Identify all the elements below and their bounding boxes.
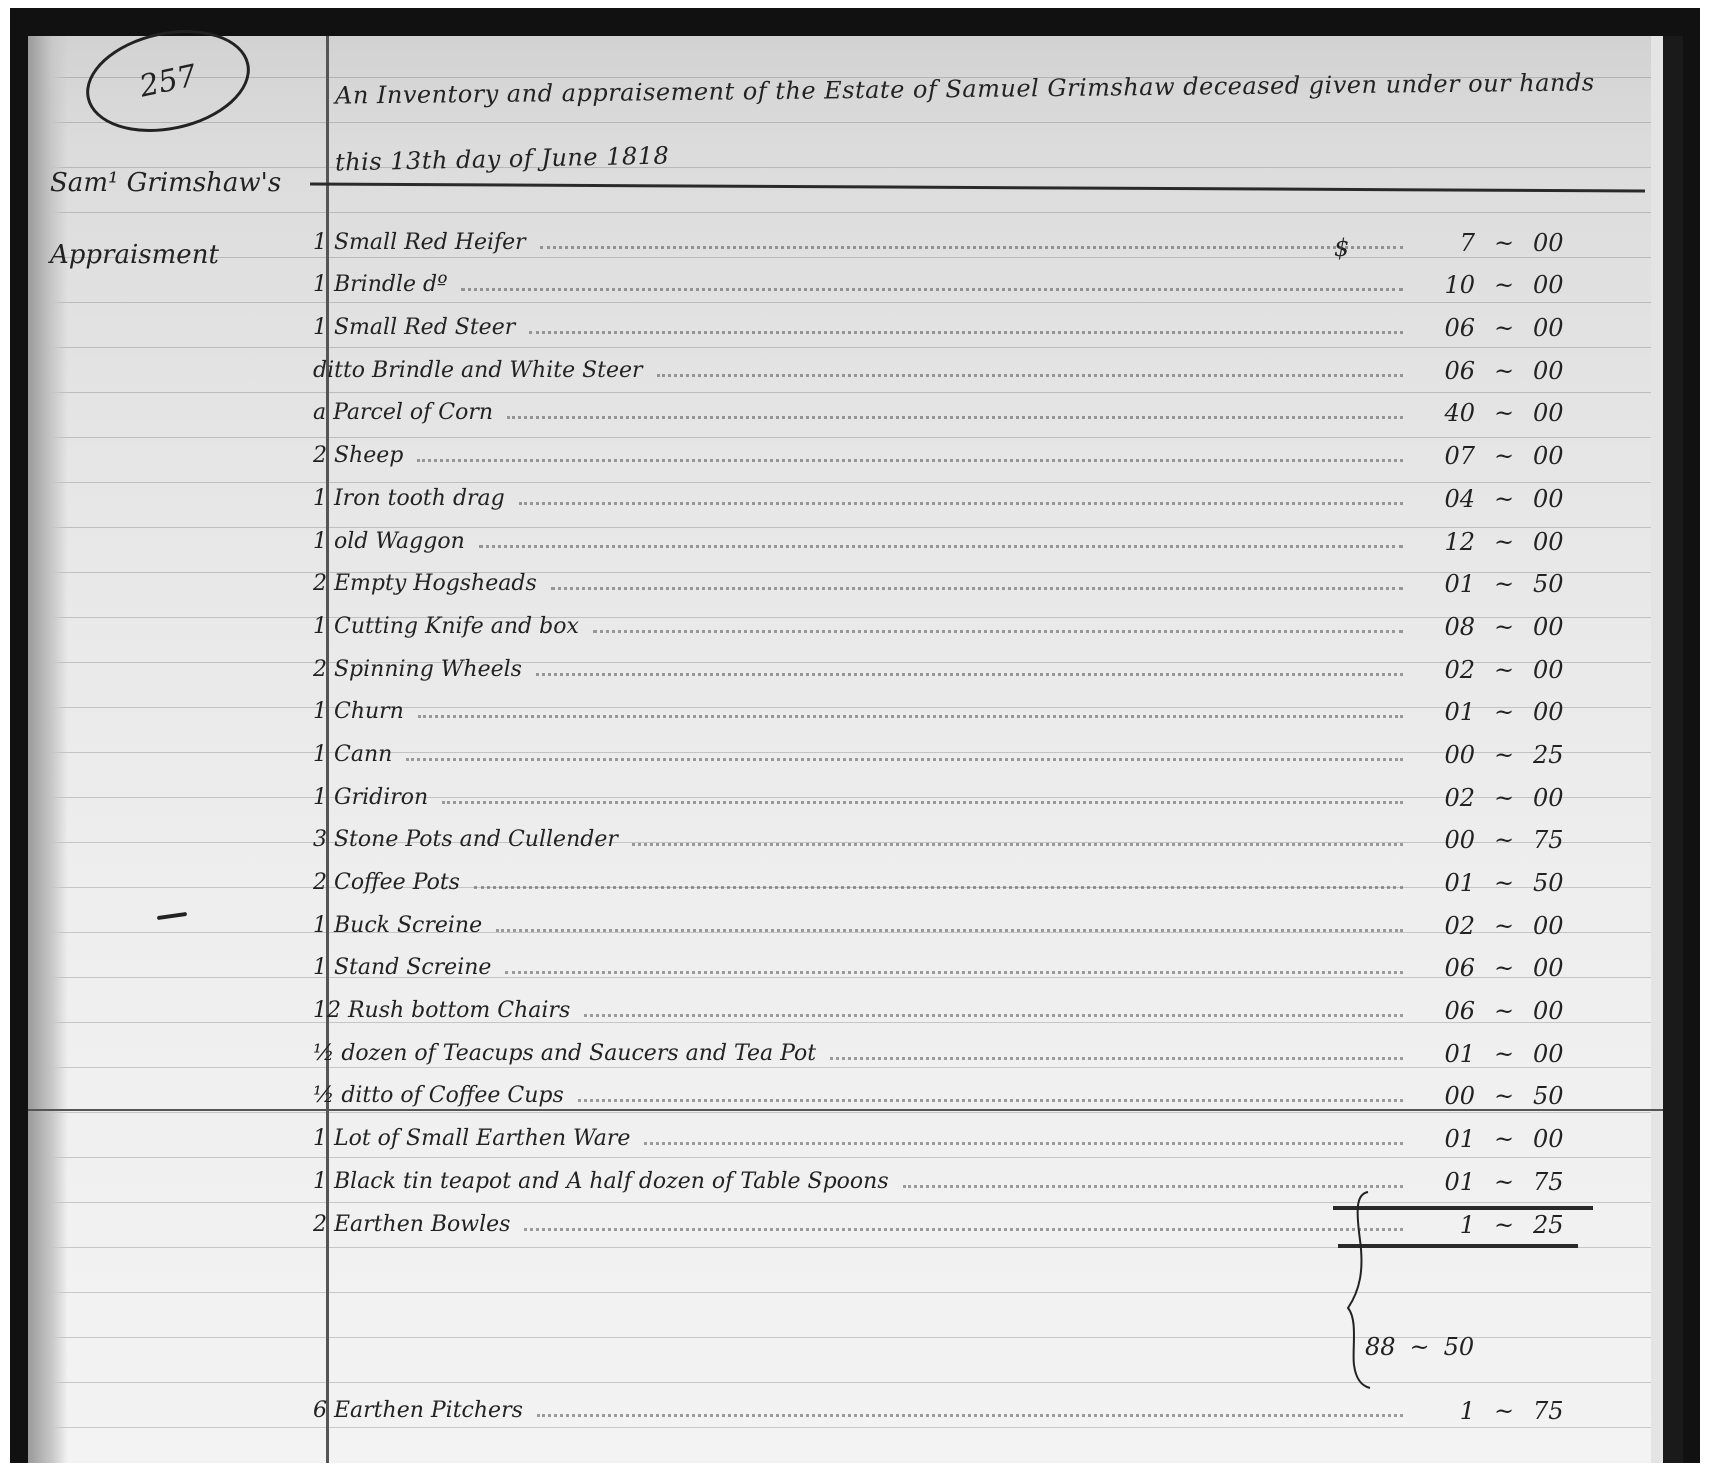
item-cents: 00 [1533,997,1593,1025]
dot-leader [442,800,1403,804]
inventory-row: 1 Brindle dº 10~00 [305,261,1635,304]
dot-leader [474,885,1403,889]
item-description: 2 Sheep [305,443,403,474]
item-cents: 00 [1533,613,1593,641]
inventory-row: 3 Stone Pots and Cullender 00~75 [305,816,1635,859]
amount-separator: ~ [1489,442,1519,470]
item-description: 1 Gridiron [305,785,428,816]
item-description: 1 Black tin teapot and A half dozen of T… [305,1169,889,1200]
amount-separator: ~ [1489,1168,1519,1196]
item-dollars: 06 [1415,357,1475,385]
amount-separator: ~ [1489,1397,1519,1425]
item-description: 2 Spinning Wheels [305,657,522,688]
amount-separator: ~ [1489,1040,1519,1068]
item-dollars: 02 [1415,656,1475,684]
item-dollars: 40 [1415,399,1475,427]
item-dollars: 01 [1415,869,1475,897]
item-description: 1 Buck Screine [305,913,482,944]
item-amount: 02~00 [1415,912,1635,944]
item-amount: 01~00 [1415,1040,1635,1072]
dot-leader [519,501,1403,505]
item-amount: 00~75 [1415,826,1635,858]
item-description: 12 Rush bottom Chairs [305,998,570,1029]
item-description: 1 old Waggon [305,529,465,560]
item-amount: 00~25 [1415,741,1635,773]
item-description: 1 Brindle dº [305,272,447,303]
item-description: a Parcel of Corn [305,400,493,431]
item-description: 1 Cutting Knife and box [305,614,579,645]
amount-separator: ~ [1489,271,1519,299]
dot-leader [644,1141,1403,1145]
dot-leader [406,757,1403,761]
inventory-row: 1 Small Red Steer 06~00 [305,303,1635,346]
item-cents: 75 [1533,826,1593,854]
item-dollars: 00 [1415,1082,1475,1110]
item-description: 1 Churn [305,699,404,730]
amount-separator: ~ [1489,399,1519,427]
item-amount: 01~50 [1415,570,1635,602]
item-description: 1 Cann [305,742,392,773]
item-dollars: 12 [1415,528,1475,556]
dot-leader [479,544,1403,548]
item-cents: 00 [1533,912,1593,940]
item-amount: 01~00 [1415,698,1635,730]
amount-separator: ~ [1489,656,1519,684]
item-description: 2 Earthen Bowles [305,1212,510,1243]
inventory-row: a Parcel of Corn 40~00 [305,389,1635,432]
inventory-row: 2 Sheep 07~00 [305,431,1635,474]
item-cents: 00 [1533,314,1593,342]
item-description: 1 Small Red Heifer [305,230,526,261]
item-description: ½ ditto of Coffee Cups [305,1083,564,1114]
inventory-row: 1 Gridiron 02~00 [305,773,1635,816]
item-cents: 00 [1533,784,1593,812]
item-amount: 04~00 [1415,485,1635,517]
dot-leader [537,1413,1403,1417]
dot-leader [830,1056,1403,1060]
amount-separator: ~ [1489,314,1519,342]
dot-leader [632,842,1403,846]
item-amount: 7~00 [1415,229,1635,261]
inventory-row: ½ ditto of Coffee Cups 00~50 [305,1072,1635,1115]
item-dollars: 04 [1415,485,1475,513]
item-description: 1 Lot of Small Earthen Ware [305,1126,630,1157]
dot-leader [507,415,1403,419]
dot-leader [657,373,1403,377]
inventory-row: 12 Rush bottom Chairs 06~00 [305,986,1635,1029]
dot-leader [505,970,1403,974]
dot-leader [524,1227,1403,1231]
item-cents: 50 [1533,869,1593,897]
inventory-row: 1 Iron tooth drag 04~00 [305,474,1635,517]
inventory-list: 1 Small Red Heifer 7~00 1 Brindle dº 10~… [305,218,1635,1243]
item-dollars: 00 [1415,741,1475,769]
item-dollars: 06 [1415,314,1475,342]
inventory-row: 6 Earthen Pitchers 1~75 [305,1395,1635,1429]
item-description: 3 Stone Pots and Cullender [305,827,618,858]
dot-leader [540,245,1403,249]
item-amount: 40~00 [1415,399,1635,431]
dot-leader [461,287,1403,291]
item-cents: 00 [1533,954,1593,982]
amount-separator: ~ [1489,570,1519,598]
item-cents: 00 [1533,656,1593,684]
inventory-row: 1 Churn 01~00 [305,688,1635,731]
amount-separator: ~ [1489,954,1519,982]
inventory-row: ½ dozen of Teacups and Saucers and Tea P… [305,1029,1635,1072]
item-cents: 50 [1533,570,1593,598]
item-cents: 00 [1533,271,1593,299]
item-description: 1 Stand Screine [305,955,491,986]
amount-separator: ~ [1489,357,1519,385]
item-amount: 00~50 [1415,1082,1635,1114]
item-dollars: 7 [1415,229,1475,257]
amount-separator: ~ [1489,1082,1519,1110]
item-dollars: 06 [1415,997,1475,1025]
item-amount: 02~00 [1415,784,1635,816]
item-cents: 00 [1533,485,1593,513]
item-dollars: 01 [1415,1040,1475,1068]
item-amount: 06~00 [1415,314,1635,346]
grand-total: 88 ~ 50 [1365,1333,1474,1361]
dot-leader [584,1013,1403,1017]
item-cents: 75 [1533,1397,1593,1425]
heading-underline [310,183,1645,193]
item-cents: 50 [1533,1082,1593,1110]
item-amount: 12~00 [1415,528,1635,560]
item-cents: 00 [1533,229,1593,257]
margin-note-name: Sam¹ Grimshaw's [50,168,281,198]
page-edge [1651,36,1663,1463]
item-description: 6 Earthen Pitchers [305,1398,523,1429]
page-number: 257 [136,58,199,104]
amount-separator: ~ [1489,826,1519,854]
item-dollars: 01 [1415,1168,1475,1196]
item-description: 1 Iron tooth drag [305,486,505,517]
margin-note-title: Appraisment [50,240,219,270]
item-amount: 06~00 [1415,357,1635,389]
item-dollars: 00 [1415,826,1475,854]
amount-separator: ~ [1489,485,1519,513]
dot-leader [903,1184,1403,1188]
item-cents: 00 [1533,442,1593,470]
inventory-row: 1 Small Red Heifer 7~00 [305,218,1635,261]
item-amount: 07~00 [1415,442,1635,474]
item-description: 2 Empty Hogsheads [305,571,537,602]
inventory-row: 1 Stand Screine 06~00 [305,944,1635,987]
item-dollars: 06 [1415,954,1475,982]
inventory-row: 1 Lot of Small Earthen Ware 01~00 [305,1114,1635,1157]
continued-list: 6 Earthen Pitchers 1~75 [305,1395,1635,1429]
item-description: ½ dozen of Teacups and Saucers and Tea P… [305,1041,816,1072]
inventory-row: 1 old Waggon 12~00 [305,517,1635,560]
item-amount: 01~00 [1415,1125,1635,1157]
inventory-row: 2 Empty Hogsheads 01~50 [305,560,1635,603]
amount-separator: ~ [1489,229,1519,257]
amount-separator: ~ [1489,1125,1519,1153]
inventory-row: 2 Coffee Pots 01~50 [305,858,1635,901]
item-dollars: 02 [1415,912,1475,940]
amount-separator: ~ [1489,698,1519,726]
item-dollars: 08 [1415,613,1475,641]
item-cents: 25 [1533,741,1593,769]
item-cents: 00 [1533,357,1593,385]
dot-leader [578,1098,1403,1102]
item-cents: 00 [1533,1040,1593,1068]
item-dollars: 1 [1415,1397,1475,1425]
amount-separator: ~ [1489,741,1519,769]
item-dollars: 10 [1415,271,1475,299]
item-amount: 10~00 [1415,271,1635,303]
item-amount: 1~25 [1415,1211,1635,1243]
inventory-row: 1 Cann 00~25 [305,730,1635,773]
item-amount: 01~50 [1415,869,1635,901]
item-amount: 02~00 [1415,656,1635,688]
dot-leader [529,330,1403,334]
amount-separator: ~ [1489,784,1519,812]
inventory-row: 1 Cutting Knife and box 08~00 [305,602,1635,645]
item-cents: 00 [1533,698,1593,726]
item-dollars: 02 [1415,784,1475,812]
item-dollars: 07 [1415,442,1475,470]
item-cents: 25 [1533,1211,1593,1239]
item-description: ditto Brindle and White Steer [305,358,643,389]
amount-separator: ~ [1410,1333,1430,1361]
dot-leader [417,458,1403,462]
amount-separator: ~ [1489,912,1519,940]
item-dollars: 01 [1415,698,1475,726]
total-dollars: 88 [1365,1333,1396,1361]
item-cents: 75 [1533,1168,1593,1196]
item-cents: 00 [1533,399,1593,427]
inventory-row: 1 Buck Screine 02~00 [305,901,1635,944]
item-description: 1 Small Red Steer [305,315,515,346]
item-description: 2 Coffee Pots [305,870,460,901]
amount-separator: ~ [1489,528,1519,556]
inventory-row: 2 Earthen Bowles 1~25 [305,1200,1635,1243]
dot-leader [418,714,1403,718]
dot-leader [551,586,1403,590]
inventory-row: 2 Spinning Wheels 02~00 [305,645,1635,688]
inventory-row: ditto Brindle and White Steer 06~00 [305,346,1635,389]
item-dollars: 1 [1415,1211,1475,1239]
dot-leader [593,629,1403,633]
item-cents: 00 [1533,528,1593,556]
inventory-row: 1 Black tin teapot and A half dozen of T… [305,1157,1635,1200]
total-cents: 50 [1444,1333,1475,1361]
item-amount: 1~75 [1415,1397,1635,1429]
amount-separator: ~ [1489,613,1519,641]
item-amount: 06~00 [1415,954,1635,986]
item-dollars: 01 [1415,1125,1475,1153]
amount-separator: ~ [1489,1211,1519,1239]
item-dollars: 01 [1415,570,1475,598]
right-border [1663,36,1683,1463]
item-cents: 00 [1533,1125,1593,1153]
dot-leader [536,672,1403,676]
item-amount: 06~00 [1415,997,1635,1029]
dot-leader [496,928,1403,932]
amount-separator: ~ [1489,997,1519,1025]
item-amount: 01~75 [1415,1168,1635,1200]
amount-separator: ~ [1489,869,1519,897]
item-amount: 08~00 [1415,613,1635,645]
